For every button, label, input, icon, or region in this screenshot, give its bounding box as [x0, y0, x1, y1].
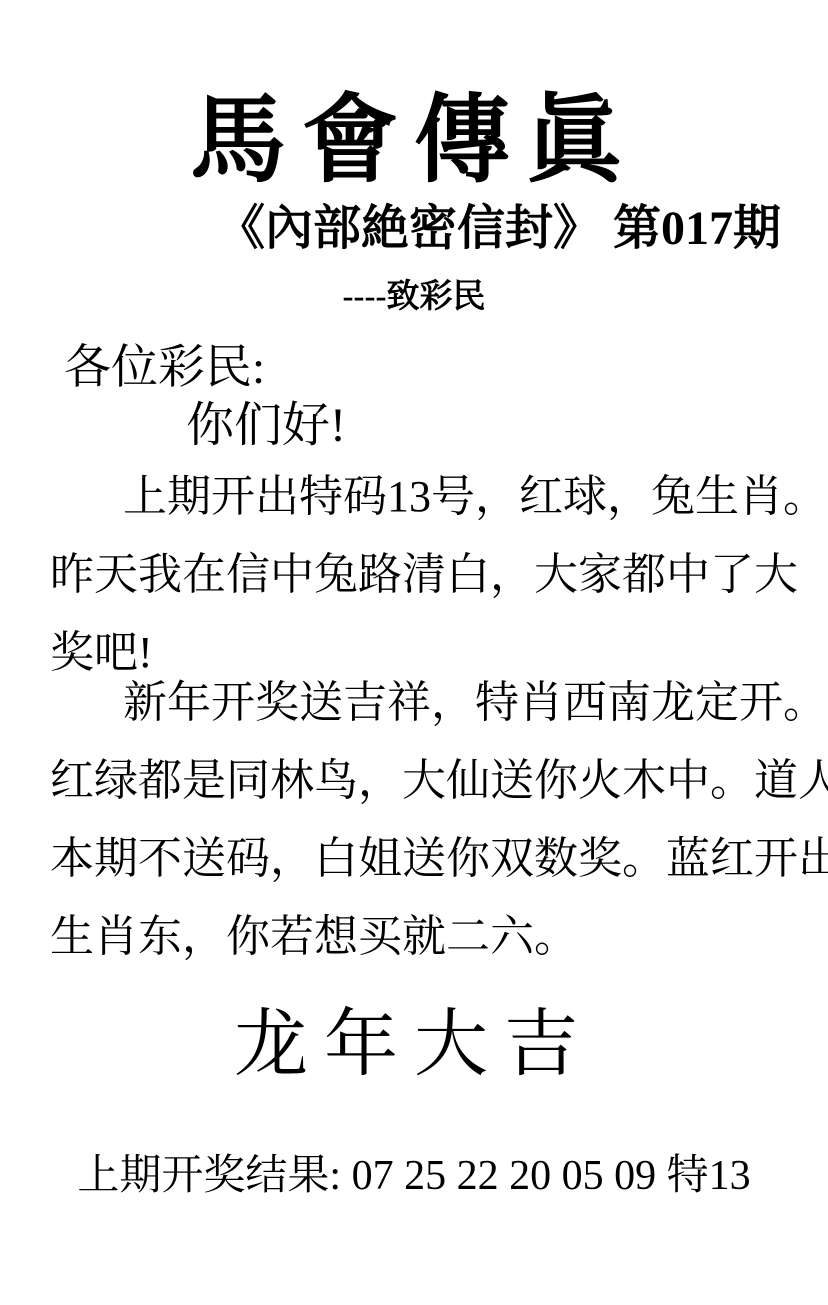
dedication-line: ----致彩民 [0, 276, 828, 318]
previous-result-line: 上期开奖结果: 07 25 22 20 05 09 特13 [0, 1148, 828, 1204]
paragraph-2-line-2: 红绿都是同林鸟，大仙送你火木中。道人 [50, 742, 808, 820]
paragraph-2-line-4: 生肖东，你若想买就二六。 [50, 898, 808, 976]
paragraph-2-line-1: 新年开奖送吉祥，特肖西南龙定开。 [50, 664, 808, 742]
salutation: 各位彩民: [64, 340, 265, 396]
paragraph-1-line-2: 昨天我在信中兔路清白，大家都中了大 [50, 536, 808, 614]
slogan: 龙年大吉 [0, 1000, 828, 1090]
paragraph-1: 上期开出特码13号，红球，兔生肖。 昨天我在信中兔路清白，大家都中了大 奖吧! [50, 458, 808, 692]
fax-page: 馬會傳眞 《內部絶密信封》 第017期 ----致彩民 各位彩民: 你们好! 上… [0, 0, 828, 1305]
paragraph-2: 新年开奖送吉祥，特肖西南龙定开。 红绿都是同林鸟，大仙送你火木中。道人 本期不送… [50, 664, 808, 976]
issue-subtitle: 《內部絶密信封》 第017期 [170, 198, 828, 260]
greeting: 你们好! [186, 398, 346, 454]
fax-title: 馬會傳眞 [0, 86, 828, 196]
paragraph-1-line-1: 上期开出特码13号，红球，兔生肖。 [50, 458, 808, 536]
paragraph-2-line-3: 本期不送码，白姐送你双数奖。蓝红开出 [50, 820, 808, 898]
